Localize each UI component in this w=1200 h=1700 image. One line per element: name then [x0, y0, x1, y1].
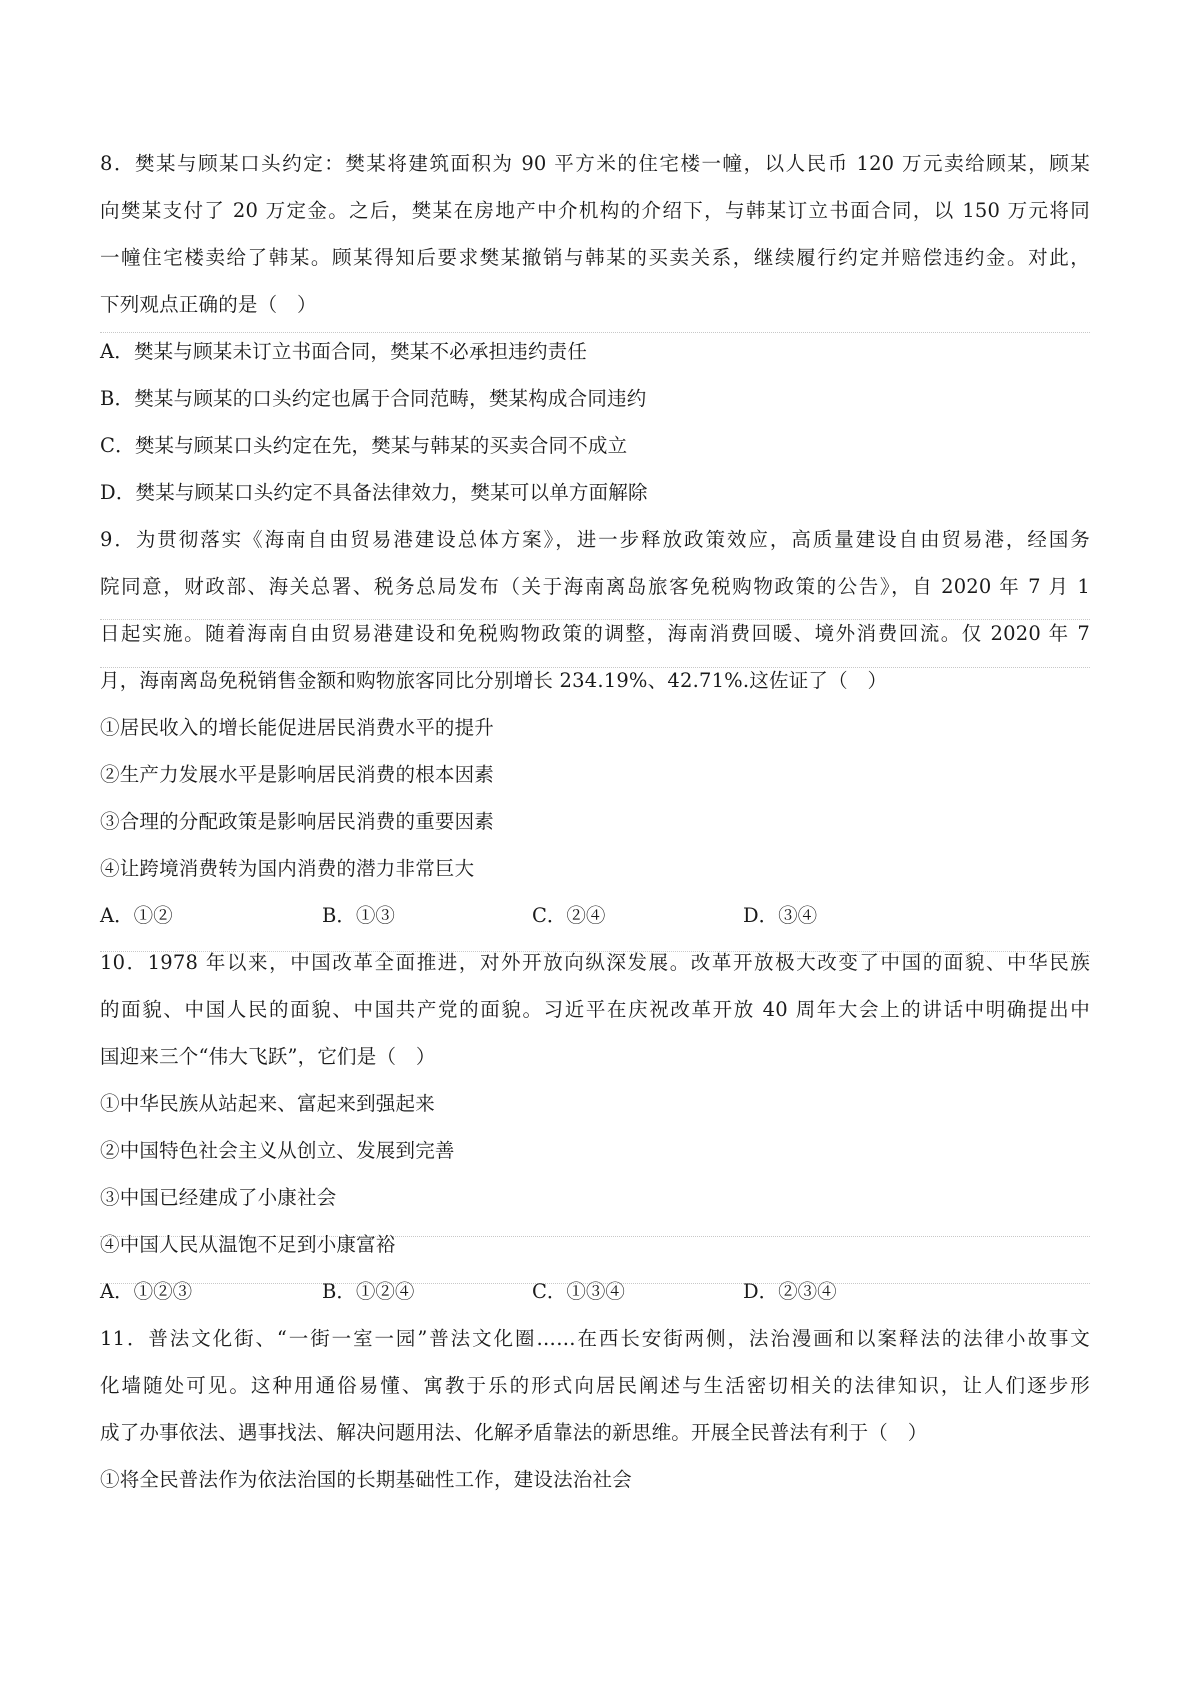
question-9-option-d[interactable]: D．③④: [743, 892, 817, 939]
question-9-options: A．①② B．①③ C．②④ D．③④: [100, 892, 1090, 939]
question-10-stem-line: 的面貌、中国人民的面貌、中国共产党的面貌。习近平在庆祝改革开放 40 周年大会上…: [100, 986, 1090, 1033]
question-11-statement-1: ①将全民普法作为依法治国的长期基础性工作，建设法治社会: [100, 1456, 1090, 1503]
question-8-option-d[interactable]: D．樊某与顾某口头约定不具备法律效力，樊某可以单方面解除: [100, 469, 1090, 516]
question-11-stem-line: 化墙随处可见。这种用通俗易懂、寓教于乐的形式向居民阐述与生活密切相关的法律知识，…: [100, 1362, 1090, 1409]
question-8-option-b[interactable]: B．樊某与顾某的口头约定也属于合同范畴，樊某构成合同违约: [100, 375, 1090, 422]
question-9-option-b[interactable]: B．①③: [322, 892, 395, 939]
question-9-stem-line: 月，海南离岛免税销售金额和购物旅客同比分别增长 234.19%、42.71%.这…: [100, 657, 1090, 704]
question-9-stem-line: 9．为贯彻落实《海南自由贸易港建设总体方案》，进一步释放政策效应，高质量建设自由…: [100, 516, 1090, 563]
question-9-statement-2: ②生产力发展水平是影响居民消费的根本因素: [100, 751, 1090, 798]
question-10-option-c[interactable]: C．①③④: [532, 1268, 625, 1315]
question-8-option-a[interactable]: A．樊某与顾某未订立书面合同，樊某不必承担违约责任: [100, 328, 1090, 375]
question-10-stem-line: 10．1978 年以来，中国改革全面推进，对外开放向纵深发展。改革开放极大改变了…: [100, 939, 1090, 986]
question-10-option-a[interactable]: A．①②③: [100, 1268, 192, 1315]
question-9-statement-3: ③合理的分配政策是影响居民消费的重要因素: [100, 798, 1090, 845]
question-8-stem-line: 向樊某支付了 20 万定金。之后，樊某在房地产中介机构的介绍下，与韩某订立书面合…: [100, 187, 1090, 234]
question-10-statement-1: ①中华民族从站起来、富起来到强起来: [100, 1080, 1090, 1127]
question-9-option-c[interactable]: C．②④: [532, 892, 605, 939]
question-11-stem-line: 成了办事依法、遇事找法、解决问题用法、化解矛盾靠法的新思维。开展全民普法有利于（…: [100, 1409, 1090, 1456]
question-8-stem-line: 8．樊某与顾某口头约定：樊某将建筑面积为 90 平方米的住宅楼一幢，以人民币 1…: [100, 140, 1090, 187]
question-10-statement-3: ③中国已经建成了小康社会: [100, 1174, 1090, 1221]
question-10-option-b[interactable]: B．①②④: [322, 1268, 414, 1315]
question-8-stem-line: 下列观点正确的是（ ）: [100, 281, 1090, 328]
question-9-stem-line: 日起实施。随着海南自由贸易港建设和免税购物政策的调整，海南消费回暖、境外消费回流…: [100, 610, 1090, 657]
question-9-stem-line: 院同意，财政部、海关总署、税务总局发布（关于海南离岛旅客免税购物政策的公告》，自…: [100, 563, 1090, 610]
question-10-options: A．①②③ B．①②④ C．①③④ D．②③④: [100, 1268, 1090, 1315]
question-9-statement-1: ①居民收入的增长能促进居民消费水平的提升: [100, 704, 1090, 751]
question-10-stem-line: 国迎来三个“伟大飞跃”，它们是（ ）: [100, 1033, 1090, 1080]
question-8-option-c[interactable]: C．樊某与顾某口头约定在先，樊某与韩某的买卖合同不成立: [100, 422, 1090, 469]
question-9-option-a[interactable]: A．①②: [100, 892, 173, 939]
question-10-option-d[interactable]: D．②③④: [743, 1268, 837, 1315]
question-9-statement-4: ④让跨境消费转为国内消费的潜力非常巨大: [100, 845, 1090, 892]
question-10-statement-2: ②中国特色社会主义从创立、发展到完善: [100, 1127, 1090, 1174]
question-11-stem-line: 11．普法文化街、“一街一室一园”普法文化圈……在西长安街两侧，法治漫画和以案释…: [100, 1315, 1090, 1362]
question-8-stem-line: 一幢住宅楼卖给了韩某。顾某得知后要求樊某撤销与韩某的买卖关系，继续履行约定并赔偿…: [100, 234, 1090, 281]
question-10-statement-4: ④中国人民从温饱不足到小康富裕: [100, 1221, 1090, 1268]
